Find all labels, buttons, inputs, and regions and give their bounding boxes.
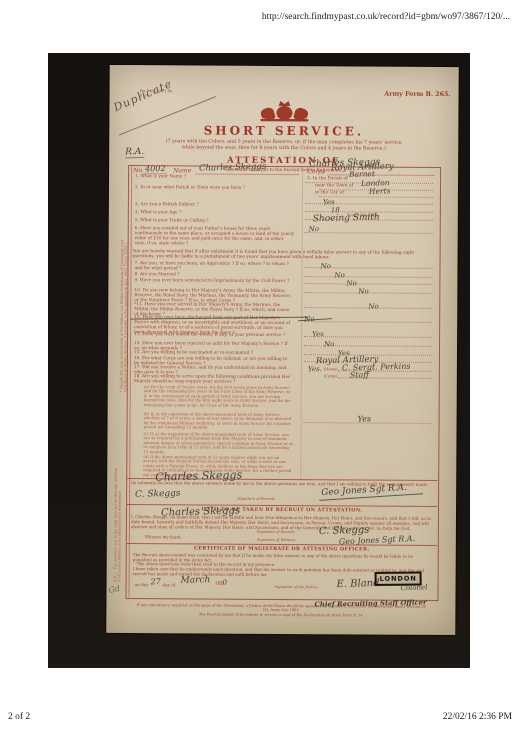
oath-witness-line: Witness my hand,: [145, 534, 182, 539]
false-answer-warning: You are hereby warned that if after enli…: [133, 249, 425, 261]
question-13: 13. Have you truly stated the whole, if …: [134, 333, 294, 339]
print-header-url: http://search.findmypast.co.uk/record?id…: [262, 12, 510, 22]
question-4: 4. What is your Age ?: [135, 211, 295, 217]
answer-17-yes: Yes.: [308, 365, 322, 373]
certificate-day: 27: [150, 577, 160, 586]
print-footer-timestamp: 22/02/16 2:36 PM: [443, 712, 512, 722]
declaration-recruit-signature: C. Skeggs: [135, 489, 181, 500]
declaration-recruit-label: Signature of Recruit.: [237, 497, 275, 502]
print-footer-page: 2 of 2: [8, 712, 30, 722]
clause-a: (a) For the term of Twelve years, for th…: [144, 385, 294, 408]
print-preview-page: http://search.findmypast.co.uk/record?id…: [0, 0, 521, 738]
question-5: 5. What is your Trade or Calling ?: [135, 219, 295, 225]
oath-witness-label: Signature of Witness.: [257, 538, 296, 543]
margin-note-militia: * Should the man have served in the Mili…: [119, 222, 129, 392]
certificate-day-label: day of: [163, 582, 176, 587]
form-subtitle: (7 years with the Colors, and 5 years in…: [129, 139, 438, 153]
question-2: 2. In or near what Parish or Town were y…: [135, 186, 295, 192]
london-stamp: LONDON: [375, 571, 422, 586]
question-1: 1. What is your Name ?: [135, 175, 295, 181]
footnote-2: The Recruit should, if he require it, re…: [136, 612, 426, 618]
answer-2-county: Herts: [369, 186, 391, 196]
attestation-form-paper: F.A.T. 25/100 1-90 E 971 Duplicate Army …: [106, 65, 458, 635]
scanned-record-image: F.A.T. 25/100 1-90 E 971 Duplicate Army …: [48, 53, 470, 668]
q17-corps-label: (Corps): [324, 374, 338, 378]
army-form-number: Army Form B. 265.: [384, 91, 450, 98]
q2-county-label: in the Coy of: [315, 190, 344, 195]
certificate-date-prefix: on this: [135, 582, 149, 587]
question-9: 9. Have you ever been sentenced to Impri…: [134, 279, 294, 285]
oath-recruit-label: Signature of Recruit.: [257, 530, 295, 535]
oath-text: I, Charles Skeggs, do make Oath, that I …: [131, 514, 433, 531]
certificate-year-digit: 0: [222, 579, 227, 587]
clause-b: (b) If, at the expiration of the above-m…: [144, 412, 294, 431]
q2-town-label: near the Town of: [315, 183, 353, 188]
pencil-mark: Gd: [108, 584, 121, 595]
justice-signature: E. Bland: [336, 578, 379, 590]
margin-note-nb: N.B.— The answers are to be read over to…: [113, 452, 122, 582]
question-6: 6. Have you resided out of your Father's…: [135, 227, 295, 248]
form-title: SHORT SERVICE.: [109, 123, 458, 139]
entry-underline: [143, 173, 167, 174]
certificate-month: March: [180, 575, 210, 586]
q17-name-label: (Name): [324, 367, 338, 371]
answer-1: Charles Skeggs: [309, 157, 380, 169]
clause-c: (c) If, at the expiration of the above-m…: [143, 432, 293, 455]
justice-label: Signature of the Justice.: [275, 585, 319, 590]
question-3: 3. Are you a British Subject ?: [135, 203, 295, 209]
q2-parish-label: 2. In the Parish of: [307, 176, 348, 181]
